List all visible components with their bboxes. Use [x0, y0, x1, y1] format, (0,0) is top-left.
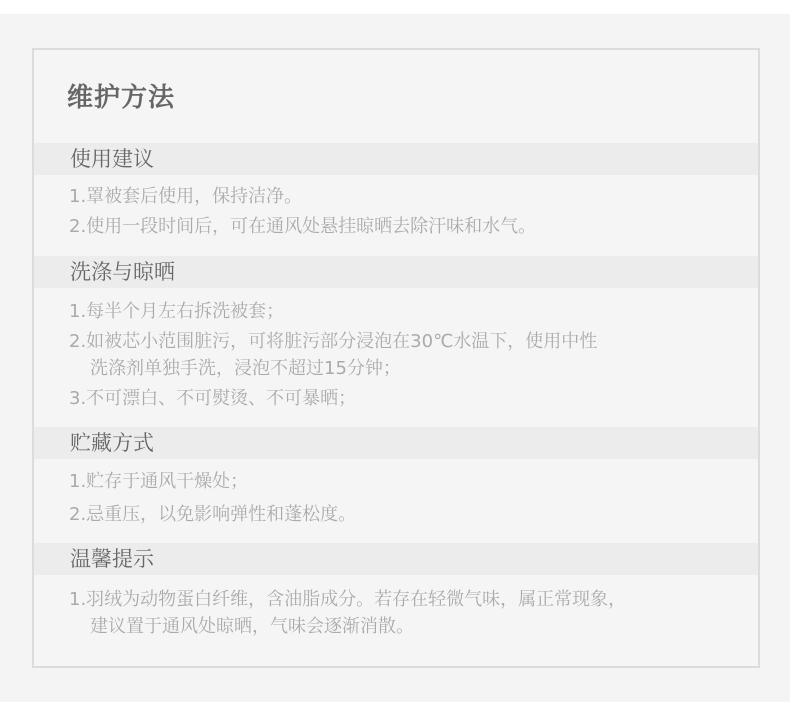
list-item-continuation: 洗涤剂单独手洗，浸泡不超过15分钟； [90, 355, 401, 383]
list-item-continuation: 建议置于通风处晾晒，气味会逐渐消散。 [90, 613, 414, 641]
care-instructions-card: 维护方法 使用建议 1.罩被套后使用，保持洁净。 2.使用一段时间后，可在通风处… [32, 48, 760, 668]
section-heading: 洗涤与晾晒 [70, 256, 175, 288]
list-item: 1.贮存于通风干燥处； [69, 468, 248, 496]
section-heading: 温馨提示 [70, 543, 154, 575]
section-heading: 使用建议 [70, 143, 154, 175]
section-header-usage: 使用建议 [34, 143, 758, 175]
page-title: 维护方法 [67, 80, 175, 116]
list-item: 3.不可漂白、不可熨烫、不可暴晒； [69, 385, 356, 413]
section-header-storage: 贮藏方式 [34, 427, 758, 459]
list-item: 2.使用一段时间后，可在通风处悬挂晾晒去除汗味和水气。 [69, 213, 536, 241]
list-item: 1.羽绒为动物蛋白纤维，含油脂成分。若存在轻微气味，属正常现象， [69, 586, 626, 614]
section-heading: 贮藏方式 [70, 427, 154, 459]
section-header-tips: 温馨提示 [34, 543, 758, 575]
list-item: 2.如被芯小范围脏污，可将脏污部分浸泡在30℃水温下，使用中性 [69, 328, 597, 356]
section-header-washing: 洗涤与晾晒 [34, 256, 758, 288]
list-item: 1.罩被套后使用，保持洁净。 [69, 183, 302, 211]
list-item: 1.每半个月左右拆洗被套； [69, 298, 284, 326]
list-item: 2.忌重压，以免影响弹性和蓬松度。 [69, 501, 356, 529]
